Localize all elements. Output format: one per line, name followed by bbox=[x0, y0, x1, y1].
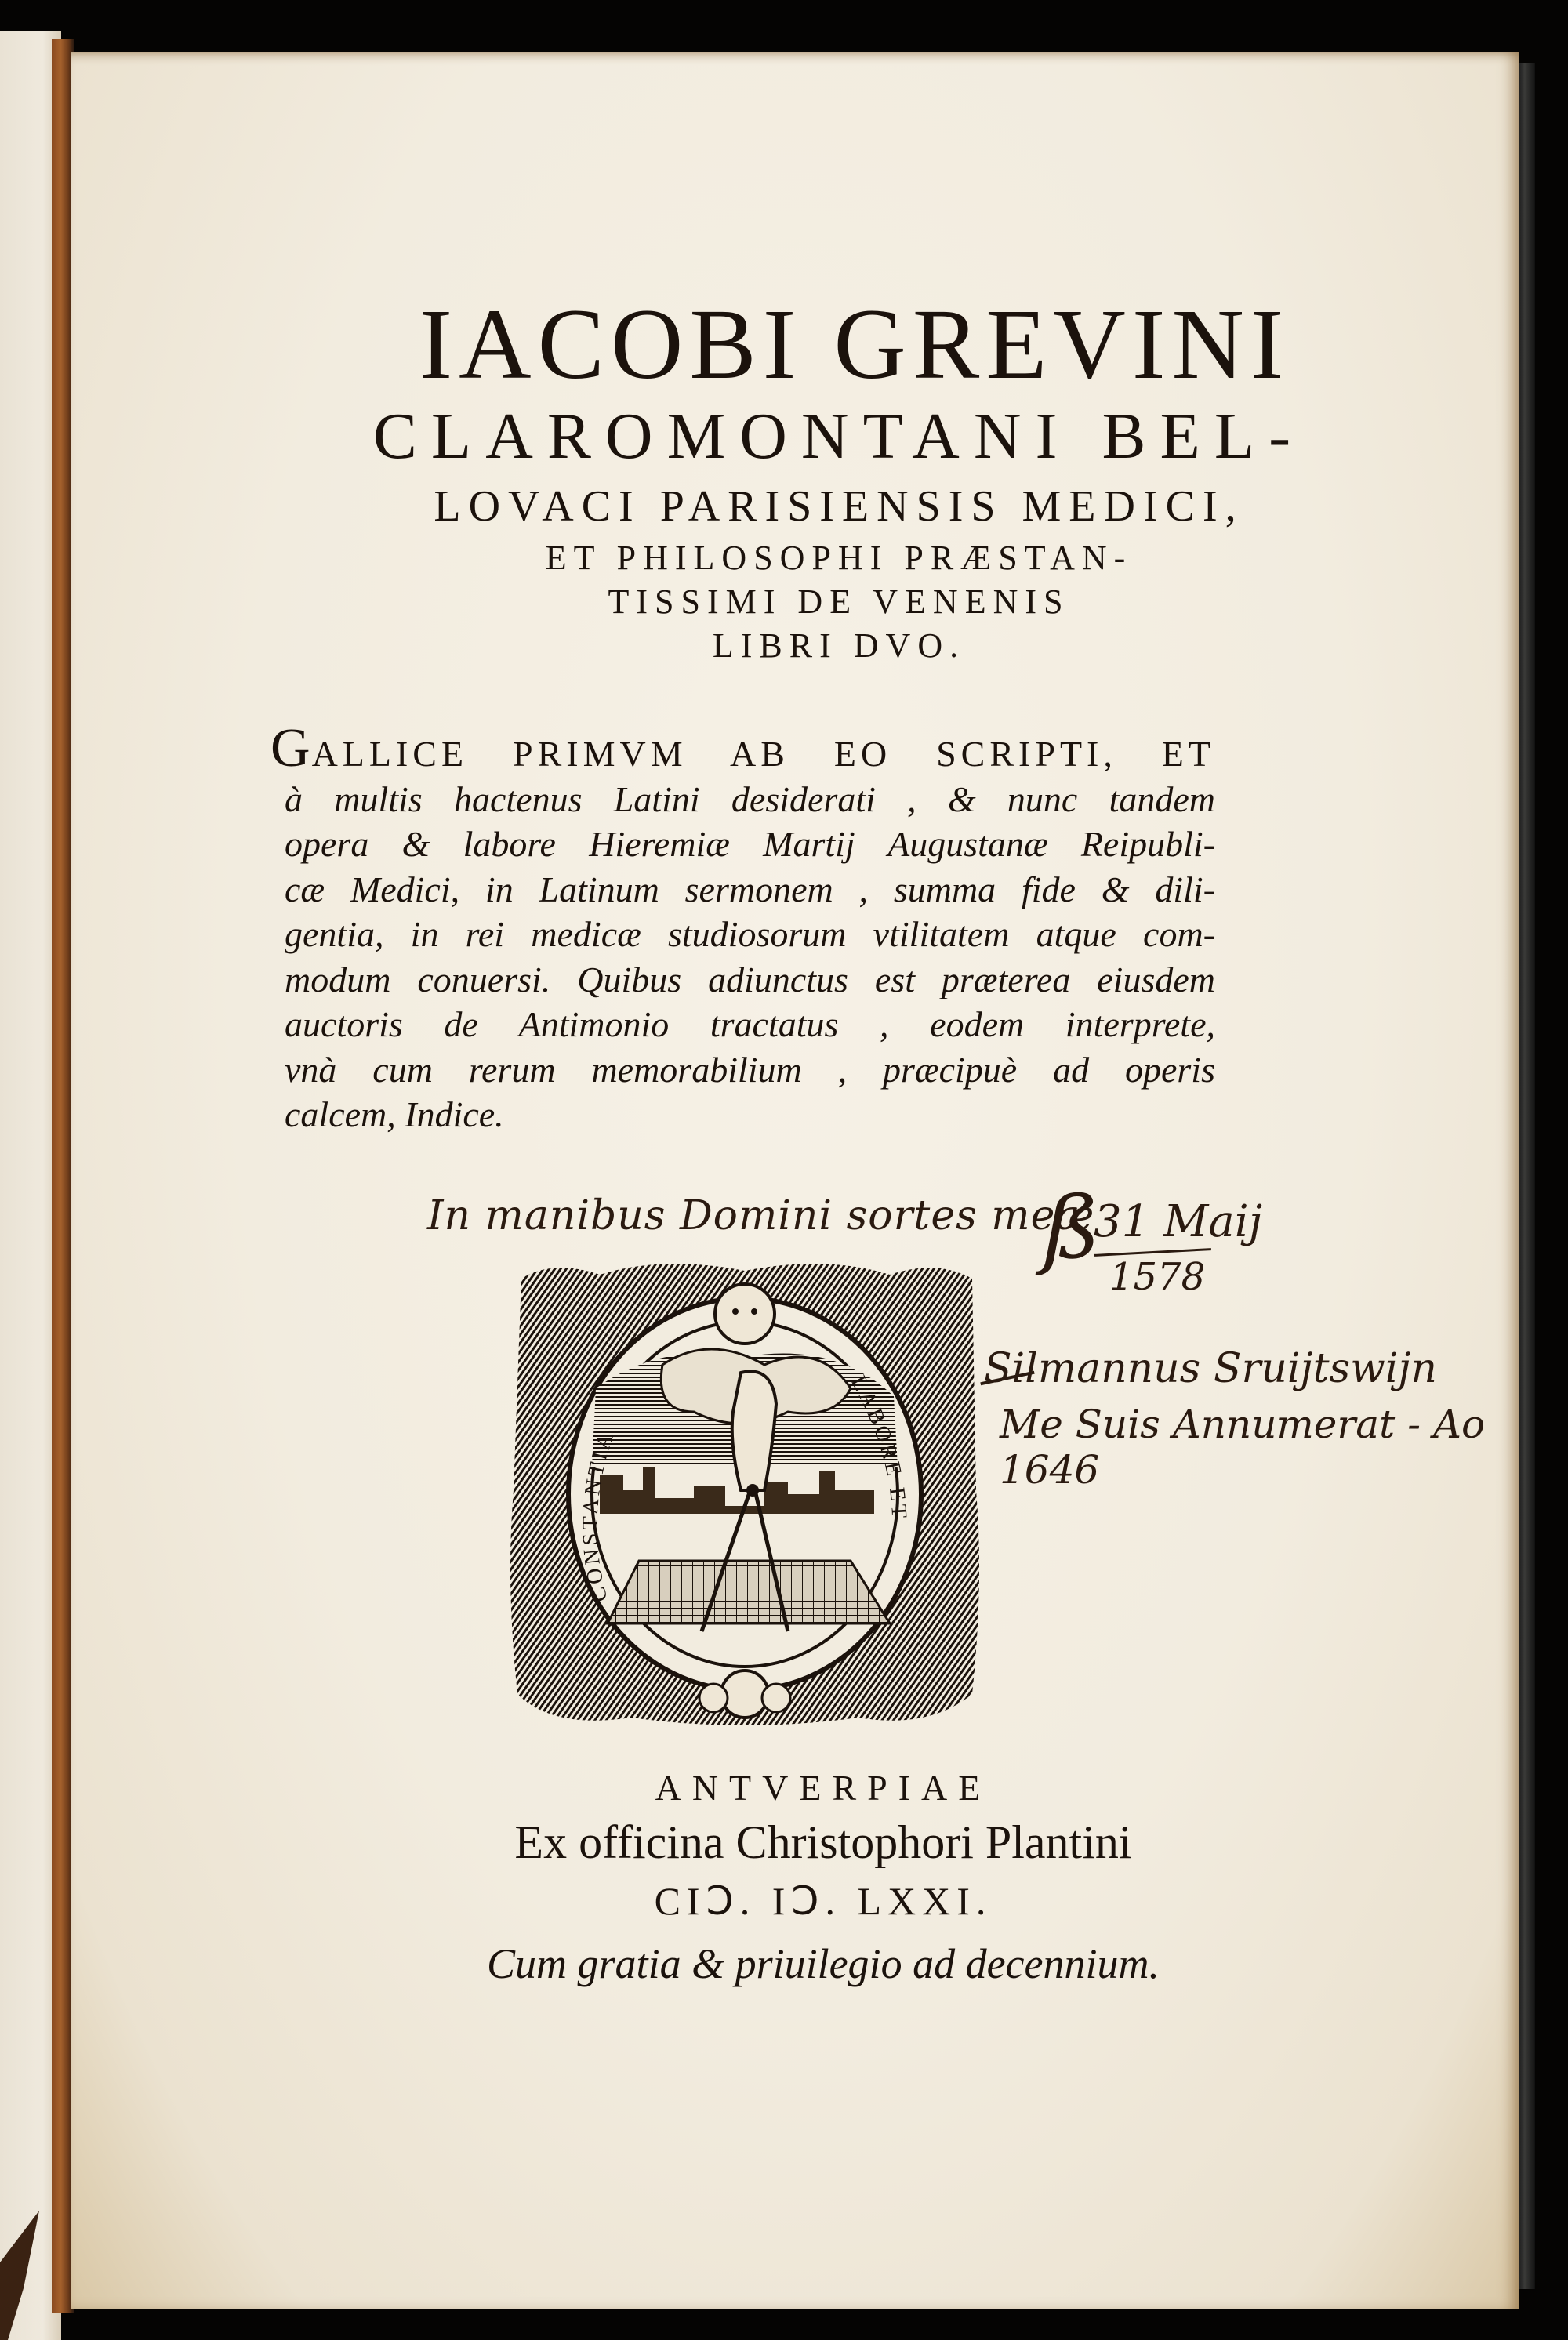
title-line-5: TISSIMI DE VENENIS bbox=[212, 582, 1466, 622]
cover-edge bbox=[1518, 63, 1535, 2289]
description-line: opera & labore Hieremiæ Martij Augustanæ… bbox=[270, 822, 1215, 867]
title-line-6: LIBRI DVO. bbox=[212, 626, 1466, 666]
title-line-3: LOVACI PARISIENSIS MEDICI, bbox=[212, 481, 1466, 531]
description-line: gentia, in rei medicæ studiosorum vtilit… bbox=[270, 912, 1215, 957]
description-lead-line: GALLICE PRIMVM AB EO SCRIPTI, ET bbox=[270, 726, 1215, 777]
description-line: calcem, Indice. bbox=[270, 1092, 1215, 1137]
title-line-2: CLAROMONTANI BEL- bbox=[212, 398, 1466, 474]
lead-caps: ALLICE PRIMVM AB EO SCRIPTI, ET bbox=[312, 734, 1215, 774]
imprint-place: ANTVERPIAE bbox=[196, 1767, 1450, 1809]
imprint-printer: Ex officina Christophori Plantini bbox=[196, 1816, 1450, 1870]
title-author: IACOBI GREVINI bbox=[227, 287, 1482, 402]
description-line: vnà cum rerum memorabilium , præcipuè ad… bbox=[270, 1047, 1215, 1093]
ownership-inscription-note: Me Suis Annumerat - Ao 1646 bbox=[1000, 1402, 1519, 1493]
manuscript-date-year: 1578 bbox=[1109, 1255, 1205, 1299]
title-line-4: ET PHILOSOPHI PRÆSTAN- bbox=[212, 538, 1466, 578]
title-page: IACOBI GREVINI CLAROMONTANI BEL- LOVACI … bbox=[71, 52, 1519, 2309]
manuscript-date-day: 31 Maij bbox=[1094, 1196, 1262, 1247]
drop-initial: G bbox=[270, 718, 312, 778]
description-line: auctoris de Antimonio tractatus , eodem … bbox=[270, 1002, 1215, 1047]
description-line: modum conuersi. Quibus adiunctus est præ… bbox=[270, 957, 1215, 1003]
manuscript-flourish-icon: ß bbox=[1043, 1185, 1100, 1271]
printers-device-icon: CONSTANTIA LABORE ET bbox=[506, 1255, 984, 1733]
imprint-privilege: Cum gratia & priuilegio ad decennium. bbox=[196, 1939, 1450, 1988]
imprint-date: CIↃ. IↃ. LXXI. bbox=[196, 1878, 1450, 1924]
description-paragraph: GALLICE PRIMVM AB EO SCRIPTI, ET à multi… bbox=[270, 726, 1215, 1137]
manuscript-motto: In manibus Domini sortes meæ bbox=[427, 1192, 1094, 1239]
ownership-inscription-name: Silmannus Sruijtswijn bbox=[984, 1345, 1437, 1392]
description-line: cæ Medici, in Latinum sermonem , summa f… bbox=[270, 867, 1215, 912]
description-line: à multis hactenus Latini desiderati , & … bbox=[270, 777, 1215, 822]
